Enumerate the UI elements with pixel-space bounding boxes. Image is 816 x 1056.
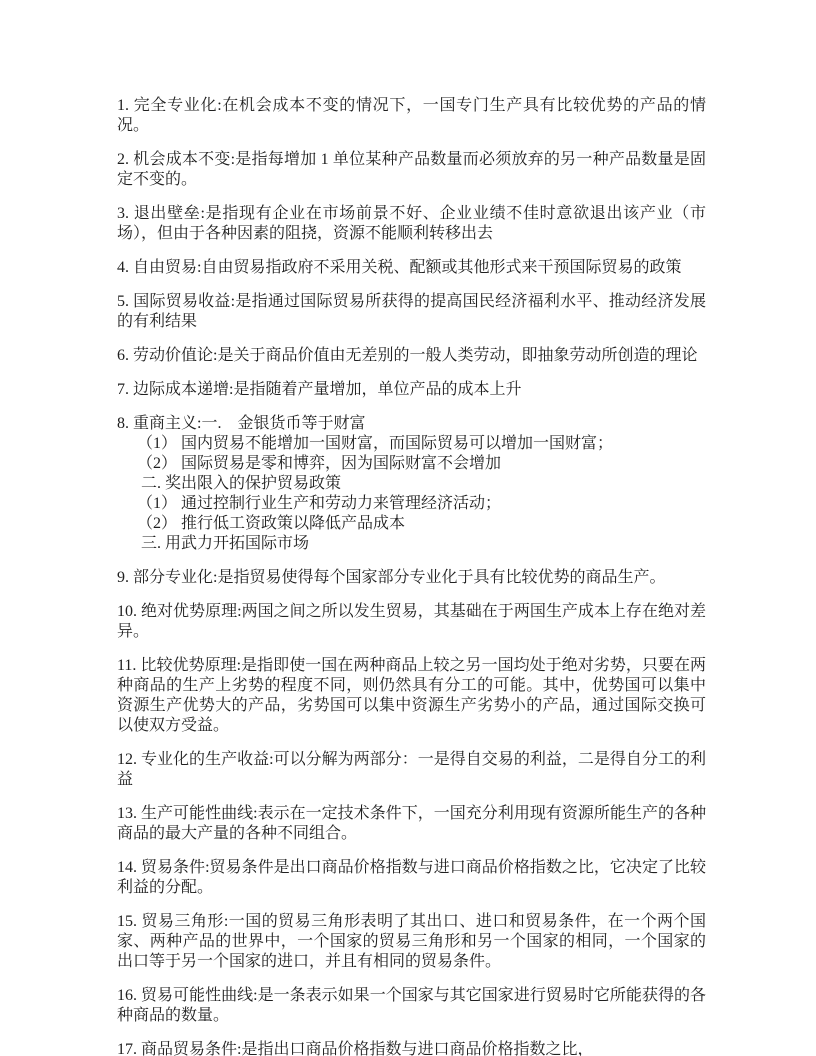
definition-item-14: 14. 贸易条件:贸易条件是出口商品价格指数与进口商品价格指数之比，它决定了比较… xyxy=(117,858,706,898)
definition-line: （2） 推行低工资政策以降低产品成本 xyxy=(117,514,706,534)
definition-item-15: 15. 贸易三角形:一国的贸易三角形表明了其出口、进口和贸易条件，在一个两个国家… xyxy=(117,912,706,972)
definition-item-8: 8. 重商主义:一. 金银货币等于财富 （1） 国内贸易不能增加一国财富，而国际… xyxy=(117,414,706,554)
definition-item-11: 11. 比较优势原理:是指即使一国在两种商品上较之另一国均处于绝对劣势，只要在两… xyxy=(117,656,706,736)
definition-item-12: 12. 专业化的生产收益:可以分解为两部分：一是得自交易的利益，二是得自分工的利… xyxy=(117,750,706,790)
definition-item-4: 4. 自由贸易:自由贸易指政府不采用关税、配额或其他形式来干预国际贸易的政策 xyxy=(117,258,706,278)
document-page: 1. 完全专业化:在机会成本不变的情况下，一国专门生产具有比较优势的产品的情况。… xyxy=(0,0,816,1056)
definition-item-13: 13. 生产可能性曲线:表示在一定技术条件下，一国充分利用现有资源所能生产的各种… xyxy=(117,804,706,844)
definition-item-10: 10. 绝对优势原理:两国之间之所以发生贸易，其基础在于两国生产成本上存在绝对差… xyxy=(117,602,706,642)
definition-item-6: 6. 劳动价值论:是关于商品价值由无差别的一般人类劳动，即抽象劳动所创造的理论 xyxy=(117,346,706,366)
definition-item-17: 17. 商品贸易条件:是指出口商品价格指数与进口商品价格指数之比， xyxy=(117,1040,706,1056)
definition-item-7: 7. 边际成本递增:是指随着产量增加，单位产品的成本上升 xyxy=(117,380,706,400)
definition-line: 三. 用武力开拓国际市场 xyxy=(117,534,706,554)
definition-line: 二. 奖出限入的保护贸易政策 xyxy=(117,474,706,494)
definition-item-5: 5. 国际贸易收益:是指通过国际贸易所获得的提高国民经济福利水平、推动经济发展的… xyxy=(117,292,706,332)
definition-item-16: 16. 贸易可能性曲线:是一条表示如果一个国家与其它国家进行贸易时它所能获得的各… xyxy=(117,986,706,1026)
definition-item-1: 1. 完全专业化:在机会成本不变的情况下，一国专门生产具有比较优势的产品的情况。 xyxy=(117,96,706,136)
definition-line: （1） 国内贸易不能增加一国财富，而国际贸易可以增加一国财富； xyxy=(117,434,706,454)
definition-item-3: 3. 退出壁垒:是指现有企业在市场前景不好、企业业绩不佳时意欲退出该产业（市场）… xyxy=(117,204,706,244)
definition-line: 8. 重商主义:一. 金银货币等于财富 xyxy=(117,414,706,434)
definition-line: （2） 国际贸易是零和博弈，因为国际财富不会增加 xyxy=(117,454,706,474)
definition-item-2: 2. 机会成本不变:是指每增加 1 单位某种产品数量而必须放弃的另一种产品数量是… xyxy=(117,150,706,190)
definition-line: （1） 通过控制行业生产和劳动力来管理经济活动； xyxy=(117,494,706,514)
definition-item-9: 9. 部分专业化:是指贸易使得每个国家部分专业化于具有比较优势的商品生产。 xyxy=(117,568,706,588)
